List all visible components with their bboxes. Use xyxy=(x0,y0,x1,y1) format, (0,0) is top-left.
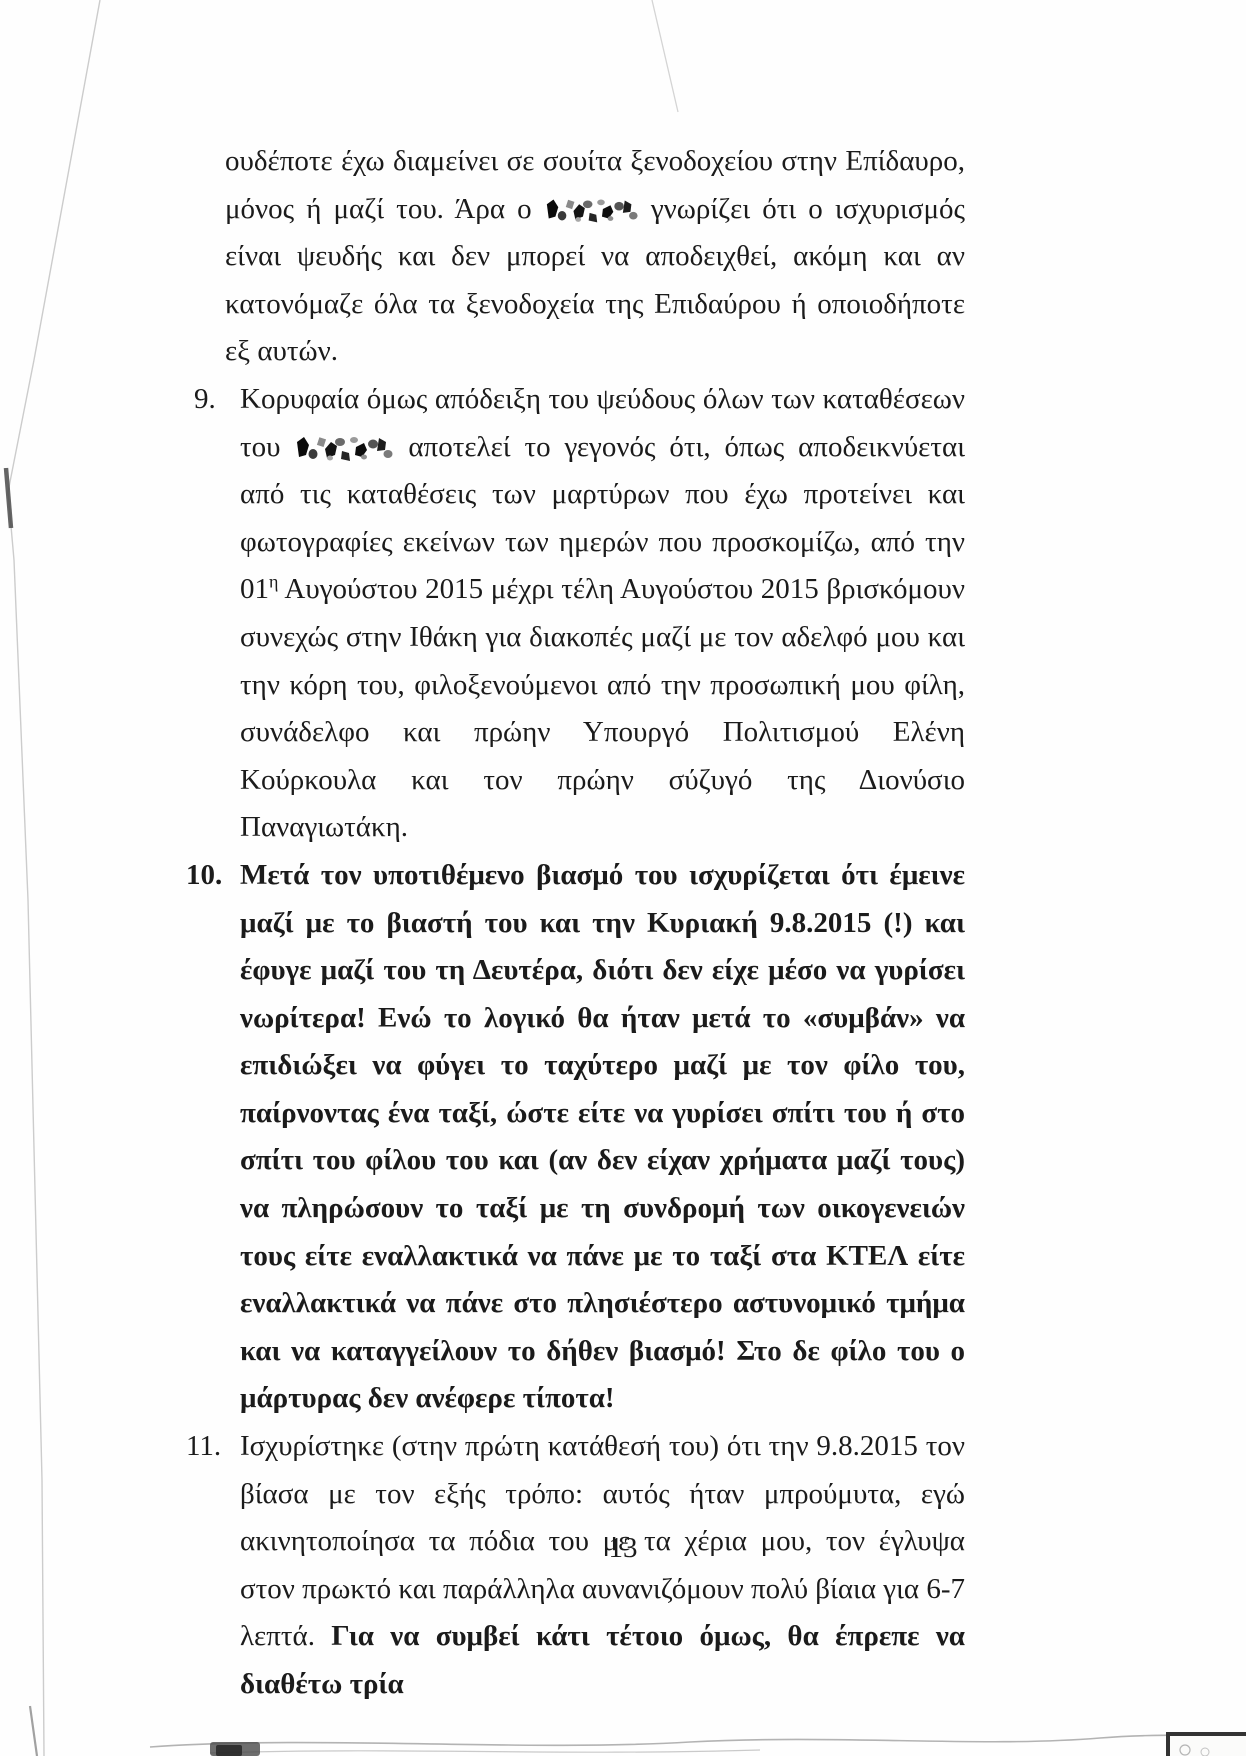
scan-crease-line xyxy=(8,0,100,1756)
text-block: ουδέποτε έχω διαμείνει σε σουίτα ξενοδοχ… xyxy=(186,138,965,1709)
redacted-name-blot xyxy=(294,431,394,465)
numbered-paragraph: 11.Ισχυρίστηκε (στην πρώτη κατάθεσή του)… xyxy=(186,1423,965,1709)
scan-crease-dark-segment xyxy=(6,468,11,528)
text-segment: Για να συμβεί κάτι τέτοιο όμως, θα έπρεπ… xyxy=(240,1620,965,1700)
list-number: 9. xyxy=(186,376,240,424)
bottom-paper-edge-2 xyxy=(210,1750,760,1753)
scanned-document-page: ουδέποτε έχω διαμείνει σε σουίτα ξενοδοχ… xyxy=(0,0,1246,1756)
top-fold-line xyxy=(652,0,678,112)
text-segment: Αυγούστου 2015 μέχρι τέλη Αυγούστου 2015… xyxy=(240,573,965,843)
bottom-paper-edge xyxy=(150,1733,1246,1747)
list-number: 10. xyxy=(186,852,240,900)
redacted-name-blot xyxy=(544,193,639,227)
bottom-left-edge-mark xyxy=(30,1706,37,1756)
list-number: 11. xyxy=(186,1423,240,1471)
underlying-page-corner xyxy=(1168,1734,1246,1756)
page-number: 13 xyxy=(0,1532,1246,1565)
paragraph: ουδέποτε έχω διαμείνει σε σουίτα ξενοδοχ… xyxy=(225,138,965,376)
text-segment: η xyxy=(269,572,278,592)
numbered-paragraph: 10.Μετά τον υποτιθέμενο βιασμό του ισχυρ… xyxy=(186,852,965,1423)
bottom-edge-dark-blot xyxy=(210,1742,260,1756)
text-segment: Μετά τον υποτιθέμενο βιασμό του ισχυρίζε… xyxy=(240,859,965,1415)
numbered-paragraph: 9.Κορυφαία όμως απόδειξη του ψεύδους όλω… xyxy=(186,376,965,852)
bottom-edge-dark-core xyxy=(216,1745,242,1756)
